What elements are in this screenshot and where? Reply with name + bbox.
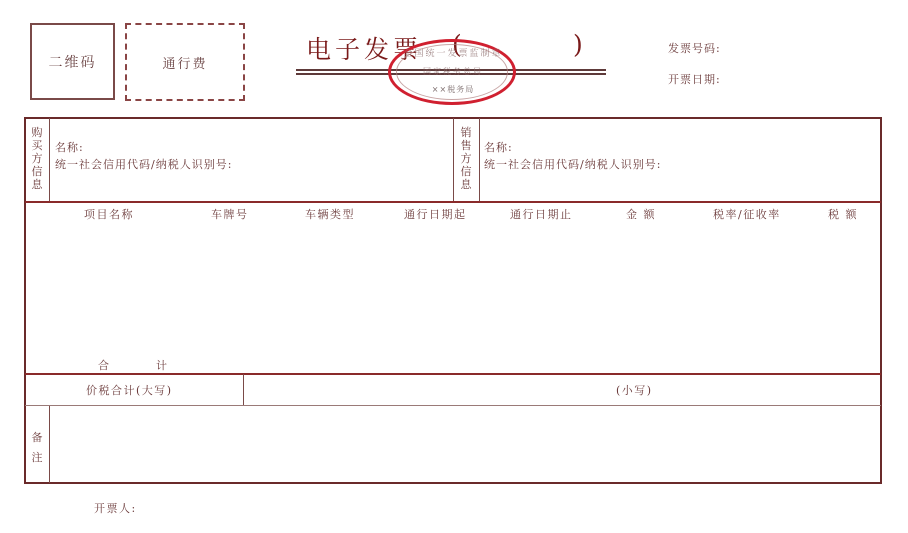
column-header-tax-rate: 税率/征收率 [713,206,781,222]
column-header-item-name: 项目名称 [84,206,134,222]
label-char: 息 [459,178,473,191]
total-in-figures-label: (小写) [616,382,653,398]
seller-section-label: 销 售 方 信 息 [459,126,473,191]
buyer-name-label: 名称: [55,139,232,156]
invoice-number-label: 发票号码: [668,40,721,56]
label-char: 售 [459,139,473,152]
column-header-amount: 金 额 [626,206,656,222]
issuer-label: 开票人: [94,500,137,516]
seller-tax-id-label: 统一社会信用代码/纳税人识别号: [484,156,661,173]
column-header-plate-number: 车牌号 [211,206,249,222]
column-header-tax-amount: 税 额 [828,206,858,222]
total-label-he: 合 [98,357,111,373]
total-row-divider [243,374,244,405]
total-in-words-label: 价税合计(大写) [86,382,173,398]
stamp-bottom-text: ××税务局 [408,84,498,95]
label-char: 销 [459,126,473,139]
column-header-vehicle-type: 车辆类型 [305,206,355,222]
title-paren-close: ) [573,30,583,59]
remarks-label-divider [49,406,50,483]
label-char: 方 [459,152,473,165]
seller-name-label: 名称: [484,139,661,156]
party-divider [453,118,454,202]
label-char: 买 [30,139,44,152]
party-bottom-line [25,201,881,203]
label-char: 信 [30,165,44,178]
label-char: 息 [30,178,44,191]
column-header-date-end: 通行日期止 [510,206,573,222]
seller-label-divider [479,118,480,202]
totals-bottom-line [25,405,881,406]
label-char: 信 [459,165,473,178]
buyer-info: 名称: 统一社会信用代码/纳税人识别号: [55,139,232,173]
label-char: 备 [30,428,44,448]
total-label-ji: 计 [156,357,169,373]
label-char: 方 [30,152,44,165]
label-char: 购 [30,126,44,139]
qr-code-placeholder: 二维码 [30,23,115,100]
seller-info: 名称: 统一社会信用代码/纳税人识别号: [484,139,661,173]
stamp-arc-text: 全国统一发票监制章 [398,46,508,59]
buyer-section-label: 购 买 方 信 息 [30,126,44,191]
buyer-tax-id-label: 统一社会信用代码/纳税人识别号: [55,156,232,173]
stamp-middle-text: 国家税务总局 [408,66,498,77]
buyer-label-divider [49,118,50,202]
column-header-date-start: 通行日期起 [404,206,467,222]
remarks-label: 备 注 [30,428,44,468]
toll-pass-box: 通行费 [125,23,245,101]
label-char: 注 [30,448,44,468]
invoice-date-label: 开票日期: [668,71,721,87]
items-bottom-line [25,373,881,375]
